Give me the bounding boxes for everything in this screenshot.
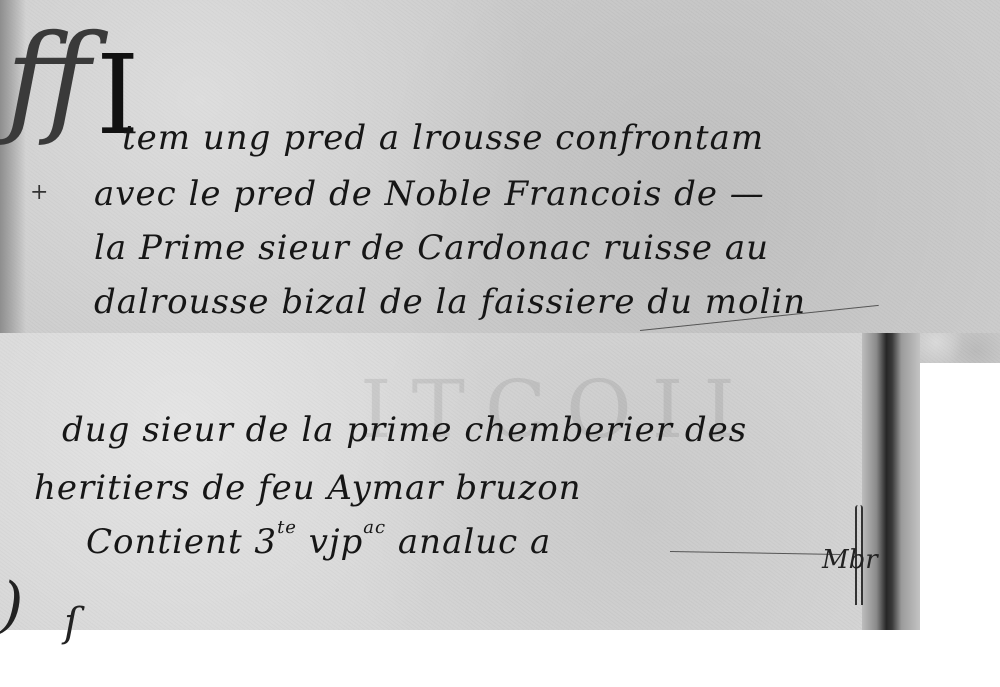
line-tail: analuc a [398,522,551,562]
abbrev-mark-2: vjpac [309,522,398,562]
partial-letter-bottom: ſ [64,600,79,646]
manuscript-line-2: avec le pred de Noble Francois de — [94,174,765,214]
abbrev-mark-1: 3te [254,522,308,562]
manuscript-line-1: tem ung pred a lrousse confrontam [122,118,764,158]
signature-mark: Mbr [822,545,878,575]
margin-flourish: ff [6,20,91,140]
manuscript-fragment-top-overhang [920,333,1000,363]
manuscript-line-6: heritiers de feu Aymar bruzon [34,468,582,508]
manuscript-line-7: Contient 3te vjpac analuc a [86,522,551,562]
margin-cross-mark: + [30,180,48,205]
manuscript-line-3: la Prime sieur de Cardonac ruisse au [94,228,769,268]
manuscript-line-5: dug sieur de la prime chemberier des [62,410,747,450]
contient-word: Contient [86,522,243,562]
book-gutter-shadow [862,333,920,630]
manuscript-fragment-top: ff + I tem ung pred a lrousse confrontam… [0,0,1000,333]
partial-letter-left: ) [0,570,23,640]
manuscript-line-4: dalrousse bizal de la faissiere du molin [94,282,806,322]
